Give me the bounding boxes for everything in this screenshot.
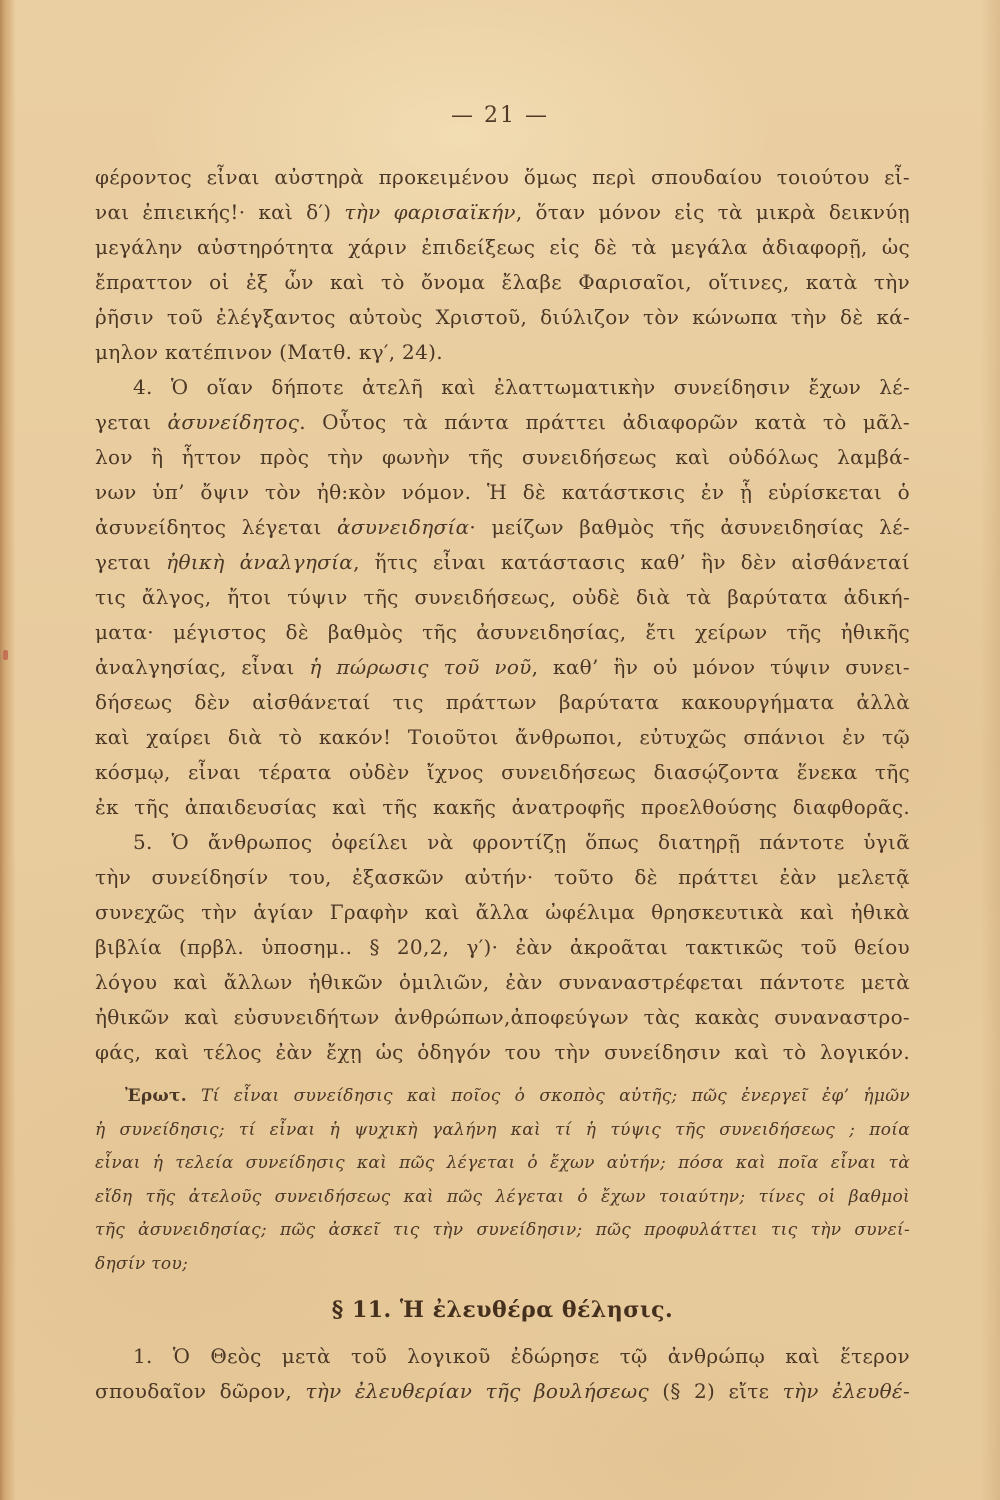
text-line: νων ὑπ’ ὄψιν τὸν ἠθ:κὸν νόμον. Ἡ δὲ κατά… [95,475,910,510]
text-segment: . Οὗτος τὰ πάντα πράττει ἀδιαφορῶν κατὰ … [299,410,910,434]
text-line: λον ἢ ἧττον πρὸς τὴν φωνὴν τῆς συνειδήσε… [95,440,910,475]
text-line: τῆς ἀσυνειδησίας; πῶς ἀσκεῖ τις τὴν συνε… [95,1214,910,1248]
text-segment: μηλον κατέπινον (Ματθ. κγ′, 24). [95,340,443,364]
text-segment: φάς, καὶ τέλος ἐὰν ἔχῃ ὡς ὁδηγόν του τὴν… [95,1040,910,1064]
text-segment: βιβλία (πρβλ. ὑποσημ.. § 20,2, γ′)· ἐὰν … [95,935,910,959]
text-line: ἀσυνείδητος λέγεται ἀσυνειδησία· μείζων … [95,510,910,545]
text-line: ἐκ τῆς ἀπαιδευσίας καὶ τῆς κακῆς ἀνατροφ… [95,790,910,825]
text-line: εἴδη τῆς ἀτελοῦς συνειδήσεως καὶ πῶς λέγ… [95,1181,910,1215]
text-line: τις ἄλγος, ἤτοι τύψιν τῆς συνειδήσεως, ο… [95,580,910,615]
text-segment: ματα· μέγιστος δὲ βαθμὸς τῆς ἀσυνειδησία… [95,620,910,644]
text-segment: μεγάλην αὐστηρότητα χάριν ἐπιδείξεως εἰς… [95,235,910,259]
text-line: ἔπραττον οἱ ἐξ ὧν καὶ τὸ ὄνομα ἔλαβε Φαρ… [95,265,910,300]
text-segment: ἠθικῶν καὶ εὐσυνειδήτων ἀνθρώπων,ἀποφεύγ… [95,1005,910,1029]
text-line: ἀναλγησίας, εἶναι ἡ πώρωσις τοῦ νοῦ, καθ… [95,650,910,685]
text-segment: , ἥτις εἶναι κατάστασις καθ’ ἣν δὲν αἰσθ… [353,550,910,574]
text-segment: τὴν συνείδησίν του, ἐξασκῶν αὐτήν· τοῦτο… [95,865,910,889]
text-segment: φέροντος εἶναι αὐστηρὰ προκειμένου ὅμως … [95,165,910,189]
text-line: φέροντος εἶναι αὐστηρὰ προκειμένου ὅμως … [95,160,910,195]
text-line: ναι ἐπιεικής!· καὶ δ′) τὴν φαρισαϊκήν, ὅ… [95,195,910,230]
text-line: 4. Ὁ οἵαν δήποτε ἀτελῆ καὶ ἐλαττωματικὴν… [95,370,910,405]
page-number: — 21 — [0,102,1000,130]
paragraph-1-free-will: 1. Ὁ Θεὸς μετὰ τοῦ λογικοῦ ἐδώρησε τῷ ἀν… [95,1339,910,1409]
text-line: κόσμῳ, εἶναι τέρατα οὐδὲν ἴχνος συνειδήσ… [95,755,910,790]
text-line: λόγου καὶ ἄλλων ἠθικῶν ὁμιλιῶν, ἐὰν συνα… [95,965,910,1000]
text-segment: τὴν φαρισαϊκήν [344,200,515,224]
text-line: ἡ συνείδησις; τί εἶναι ἡ ψυχικὴ γαλήνη κ… [95,1114,910,1148]
text-segment: εἴδη τῆς ἀτελοῦς συνειδήσεως καὶ πῶς λέγ… [95,1187,910,1207]
text-line: δήσεως δὲν αἰσθάνεταί τις πράττων βαρύτα… [95,685,910,720]
text-line: Ἐρωτ. Τί εἶναι συνείδησις καὶ ποῖος ὁ σκ… [95,1080,910,1114]
text-segment: νων ὑπ’ ὄψιν τὸν ἠθ:κὸν νόμον. Ἡ δὲ κατά… [95,480,910,504]
text-segment: ἀναλγησίας, εἶναι [95,655,309,679]
text-segment: 5. Ὁ ἄνθρωπος ὀφείλει νὰ φροντίζῃ ὅπως δ… [133,830,910,854]
text-segment: τῆς ἀσυνειδησίας; πῶς ἀσκεῖ τις τὴν συνε… [95,1220,910,1240]
text-segment: Τί εἶναι συνείδησις καὶ ποῖος ὁ σκοπὸς α… [187,1086,910,1106]
text-segment: λον ἢ ἧττον πρὸς τὴν φωνὴν τῆς συνειδήσε… [95,445,910,469]
text-segment: 1. Ὁ Θεὸς μετὰ τοῦ λογικοῦ ἐδώρησε τῷ ἀν… [133,1344,910,1368]
text-segment: συνεχῶς τὴν ἁγίαν Γραφὴν καὶ ἄλλα ὠφέλιμ… [95,900,910,924]
text-line: δησίν του; [95,1248,910,1282]
text-line: ματα· μέγιστος δὲ βαθμὸς τῆς ἀσυνειδησία… [95,615,910,650]
text-line: μηλον κατέπινον (Ματθ. κγ′, 24). [95,335,910,370]
text-segment: ῥῆσιν τοῦ ἐλέγξαντος αὐτοὺς Χριστοῦ, διύ… [95,305,910,329]
paragraph-4: 4. Ὁ οἵαν δήποτε ἀτελῆ καὶ ἐλαττωματικὴν… [95,370,910,825]
text-line: συνεχῶς τὴν ἁγίαν Γραφὴν καὶ ἄλλα ὠφέλιμ… [95,895,910,930]
text-segment: · μείζων βαθμὸς τῆς ἀσυνειδησίας λέ- [469,515,910,539]
text-segment: λόγου καὶ ἄλλων ἠθικῶν ὁμιλιῶν, ἐὰν συνα… [95,970,910,994]
text-line: βιβλία (πρβλ. ὑποσημ.. § 20,2, γ′)· ἐὰν … [95,930,910,965]
text-segment: Ἐρωτ. [125,1086,187,1106]
paragraph-continuation: φέροντος εἶναι αὐστηρὰ προκειμένου ὅμως … [95,160,910,370]
text-segment: σπουδαῖον δῶρον, [95,1379,305,1403]
text-line: φάς, καὶ τέλος ἐὰν ἔχῃ ὡς ὁδηγόν του τὴν… [95,1035,910,1070]
text-segment: ναι ἐπιεικής!· καὶ δ′) [95,200,344,224]
questions-paragraph: Ἐρωτ. Τί εἶναι συνείδησις καὶ ποῖος ὁ σκ… [95,1080,910,1281]
text-segment: ἡ συνείδησις; τί εἶναι ἡ ψυχικὴ γαλήνη κ… [95,1120,910,1140]
text-segment: δησίν του; [95,1254,188,1274]
section-heading: § 11. Ἡ ἐλευθέρα θέλησις. [95,1295,910,1325]
text-line: γεται ἀσυνείδητος. Οὗτος τὰ πάντα πράττε… [95,405,910,440]
page-content: φέροντος εἶναι αὐστηρὰ προκειμένου ὅμως … [95,160,910,1409]
text-segment: ἀσυνείδητος [168,410,300,434]
text-segment: , ὅταν μόνον εἰς τὰ μικρὰ δεικνύῃ [516,200,910,224]
text-line: μεγάλην αὐστηρότητα χάριν ἐπιδείξεως εἰς… [95,230,910,265]
text-segment: κόσμῳ, εἶναι τέρατα οὐδὲν ἴχνος συνειδήσ… [95,760,910,784]
text-segment: γεται [95,550,166,574]
text-segment: καὶ χαίρει διὰ τὸ κακόν! Τοιοῦτοι ἄνθρωπ… [95,725,910,749]
text-line: ἠθικῶν καὶ εὐσυνειδήτων ἀνθρώπων,ἀποφεύγ… [95,1000,910,1035]
text-line: ῥῆσιν τοῦ ἐλέγξαντος αὐτοὺς Χριστοῦ, διύ… [95,300,910,335]
text-line: καὶ χαίρει διὰ τὸ κακόν! Τοιοῦτοι ἄνθρωπ… [95,720,910,755]
text-segment: δήσεως δὲν αἰσθάνεταί τις πράττων βαρύτα… [95,690,910,714]
text-segment: ἀσυνειδησία [337,515,469,539]
text-segment: 4. Ὁ οἵαν δήποτε ἀτελῆ καὶ ἐλαττωματικὴν… [133,375,910,399]
text-segment: τὴν ἐλευθερίαν τῆς βουλήσεως [305,1379,649,1403]
paragraph-5: 5. Ὁ ἄνθρωπος ὀφείλει νὰ φροντίζῃ ὅπως δ… [95,825,910,1070]
text-line: εἶναι ἡ τελεία συνείδησις καὶ πῶς λέγετα… [95,1147,910,1181]
text-line: σπουδαῖον δῶρον, τὴν ἐλευθερίαν τῆς βουλ… [95,1374,910,1409]
text-segment: ἠθικὴ ἀναλγησία [166,550,353,574]
book-page: — 21 — φέροντος εἶναι αὐστηρὰ προκειμένο… [0,102,1000,1409]
text-segment: ἔπραττον οἱ ἐξ ὧν καὶ τὸ ὄνομα ἔλαβε Φαρ… [95,270,910,294]
text-segment: , καθ’ ἣν οὐ μόνον τύψιν συνει- [532,655,910,679]
text-line: γεται ἠθικὴ ἀναλγησία, ἥτις εἶναι κατάστ… [95,545,910,580]
text-segment: τις ἄλγος, ἤτοι τύψιν τῆς συνειδήσεως, ο… [95,585,910,609]
text-segment: τὴν ἐλευθέ- [783,1379,910,1403]
text-line: τὴν συνείδησίν του, ἐξασκῶν αὐτήν· τοῦτο… [95,860,910,895]
text-line: 1. Ὁ Θεὸς μετὰ τοῦ λογικοῦ ἐδώρησε τῷ ἀν… [95,1339,910,1374]
text-line: 5. Ὁ ἄνθρωπος ὀφείλει νὰ φροντίζῃ ὅπως δ… [95,825,910,860]
text-segment: ἡ πώρωσις τοῦ νοῦ [309,655,531,679]
text-segment: ἀσυνείδητος λέγεται [95,515,337,539]
text-segment: γεται [95,410,168,434]
text-segment: ἐκ τῆς ἀπαιδευσίας καὶ τῆς κακῆς ἀνατροφ… [95,795,910,819]
text-segment: εἶναι ἡ τελεία συνείδησις καὶ πῶς λέγετα… [95,1153,910,1173]
text-segment: (§ 2) εἴτε [649,1379,783,1403]
